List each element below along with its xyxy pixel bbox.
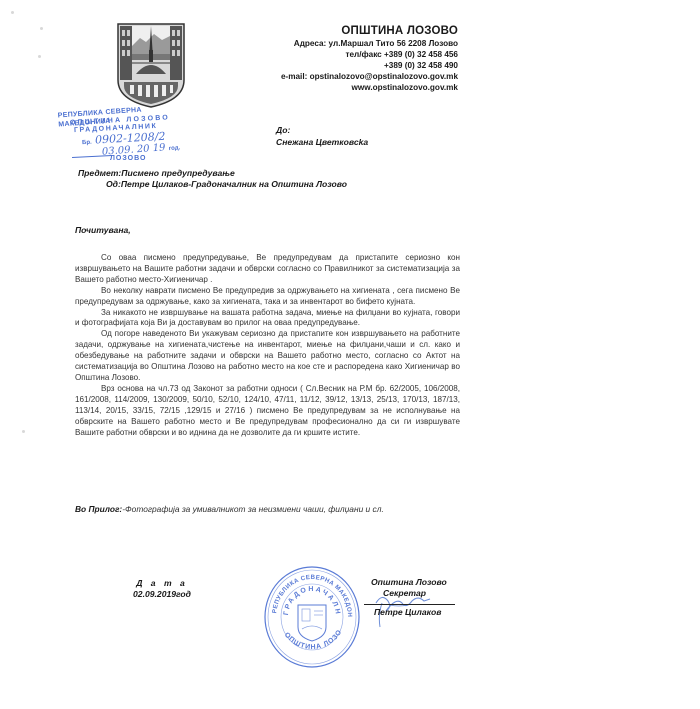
letterhead-address: Адреса: ул.Маршал Тито 56 2208 Лозово [294,39,458,50]
body-paragraph: Од погоре наведеното Ви укажувам сериозн… [75,329,460,384]
signature-organization: Општина Лозово [371,577,447,587]
stamp-date-suffix: год. [169,145,181,152]
body-paragraph: Со оваа писмено предупредување, Ве преду… [75,253,460,286]
signatory-name: Петре Цилаков [374,607,441,617]
letterhead-tel-fax: тел/факс +389 (0) 32 458 456 [345,50,458,61]
body-paragraph: Во неколку наврати писмено Ве предупреди… [75,286,460,308]
letterhead-email: e-mail: opstinalozovo@opstinalozovo.gov.… [281,72,458,83]
greeting: Почитувана, [75,225,131,235]
from-line: Од:Петре Цилаков-Градоначалник на Општин… [106,179,347,189]
subject-line: Предмет:Писмено предупредување [78,168,235,178]
body-paragraph: Врз основа на чл.73 од Законот за работн… [75,384,460,439]
attachment-text: -Фотографија за умивалникот за неизмиени… [122,504,384,514]
stamp-place: ЛОЗОВО [110,155,146,164]
attachment-label: Во Прилог: [75,504,122,514]
signature-line [364,604,455,605]
scan-speck [40,27,43,30]
addressee-label: До: [276,125,290,135]
coat-of-arms-icon [116,22,186,108]
date-value: 02.09.2019год [122,589,202,599]
letterhead-website: www.opstinalozovo.gov.mk [352,83,458,94]
registration-stamp: РЕПУБЛИКА СЕВЕРНА МАКЕДОНИЈА ОПШТИНА ЛОЗ… [58,108,186,164]
scan-speck [22,430,25,433]
letterhead-tel2: +389 (0) 32 458 490 [384,61,458,72]
scan-speck [11,11,14,14]
body-paragraph: За никакото не извршување на вашата рабо… [75,308,460,330]
letter-body: Со оваа писмено предупредување, Ве преду… [75,253,460,438]
stamp-number-prefix: Бр. [82,140,92,146]
attachment-note: Во Прилог:-Фотографија за умивалникот за… [75,504,384,514]
scan-speck [38,55,41,58]
official-seal-icon: РЕПУБЛИКА СЕВЕРНА МАКЕДОНИЈА ГРАДОНАЧАЛН… [262,565,362,669]
addressee-name: Снежана Цветковсkа [276,137,368,147]
municipality-title: ОПШТИНА ЛОЗОВО [341,25,458,37]
date-label: Д а т а [122,578,202,588]
